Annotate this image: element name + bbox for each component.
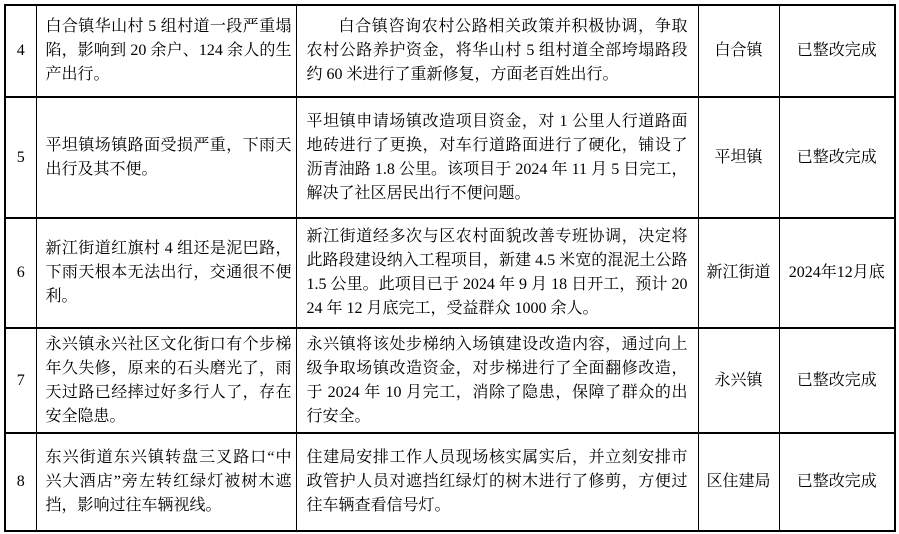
- status-cell: 2024年12月底: [779, 218, 895, 328]
- row-index-cell: 6: [5, 218, 36, 328]
- rectification-table-body: 4白合镇华山村 5 组村道一段严重塌陷，影响到 20 余户、124 余人的生产出…: [5, 5, 895, 531]
- issue-cell: 东兴街道东兴镇转盘三叉路口“中兴大酒店”旁左转红绿灯被树木遮挡，影响过往车辆视线…: [36, 433, 296, 531]
- table-row: 4白合镇华山村 5 组村道一段严重塌陷，影响到 20 余户、124 余人的生产出…: [5, 5, 895, 97]
- row-index-cell: 4: [5, 5, 36, 97]
- action-cell: 新江街道经多次与区农村面貌改善专班协调，决定将此路段建设纳入工程项目，新建 4.…: [296, 218, 698, 328]
- document-page: 4白合镇华山村 5 组村道一段严重塌陷，影响到 20 余户、124 余人的生产出…: [0, 0, 899, 534]
- issue-cell: 平坦镇场镇路面受损严重，下雨天出行及其不便。: [36, 97, 296, 218]
- issue-cell: 新江街道红旗村 4 组还是泥巴路，下雨天根本无法出行，交通很不便利。: [36, 218, 296, 328]
- action-cell: 平坦镇申请场镇改造项目资金，对 1 公里人行道路面地砖进行了更换，对车行道路面进…: [296, 97, 698, 218]
- action-cell: 永兴镇将该处步梯纳入场镇建设改造内容，通过向上级争取场镇改造资金，对步梯进行了全…: [296, 328, 698, 433]
- action-cell: 住建局安排工作人员现场核实属实后，并立刻安排市政管护人员对遮挡红绿灯的树木进行了…: [296, 433, 698, 531]
- status-cell: 已整改完成: [779, 433, 895, 531]
- rectification-table: 4白合镇华山村 5 组村道一段严重塌陷，影响到 20 余户、124 余人的生产出…: [4, 4, 896, 532]
- unit-cell: 区住建局: [698, 433, 779, 531]
- issue-cell: 永兴镇永兴社区文化街口有个步梯年久失修，原来的石头磨光了，雨天过路已经摔过好多行…: [36, 328, 296, 433]
- unit-cell: 永兴镇: [698, 328, 779, 433]
- action-cell: 白合镇咨询农村公路相关政策并积极协调，争取农村公路养护资金，将华山村 5 组村道…: [296, 5, 698, 97]
- unit-cell: 平坦镇: [698, 97, 779, 218]
- status-cell: 已整改完成: [779, 5, 895, 97]
- status-cell: 已整改完成: [779, 328, 895, 433]
- status-cell: 已整改完成: [779, 97, 895, 218]
- row-index-cell: 8: [5, 433, 36, 531]
- unit-cell: 白合镇: [698, 5, 779, 97]
- table-row: 7永兴镇永兴社区文化街口有个步梯年久失修，原来的石头磨光了，雨天过路已经摔过好多…: [5, 328, 895, 433]
- unit-cell: 新江街道: [698, 218, 779, 328]
- issue-cell: 白合镇华山村 5 组村道一段严重塌陷，影响到 20 余户、124 余人的生产出行…: [36, 5, 296, 97]
- row-index-cell: 5: [5, 97, 36, 218]
- table-row: 5平坦镇场镇路面受损严重，下雨天出行及其不便。平坦镇申请场镇改造项目资金，对 1…: [5, 97, 895, 218]
- table-row: 6新江街道红旗村 4 组还是泥巴路，下雨天根本无法出行，交通很不便利。新江街道经…: [5, 218, 895, 328]
- table-row: 8东兴街道东兴镇转盘三叉路口“中兴大酒店”旁左转红绿灯被树木遮挡，影响过往车辆视…: [5, 433, 895, 531]
- row-index-cell: 7: [5, 328, 36, 433]
